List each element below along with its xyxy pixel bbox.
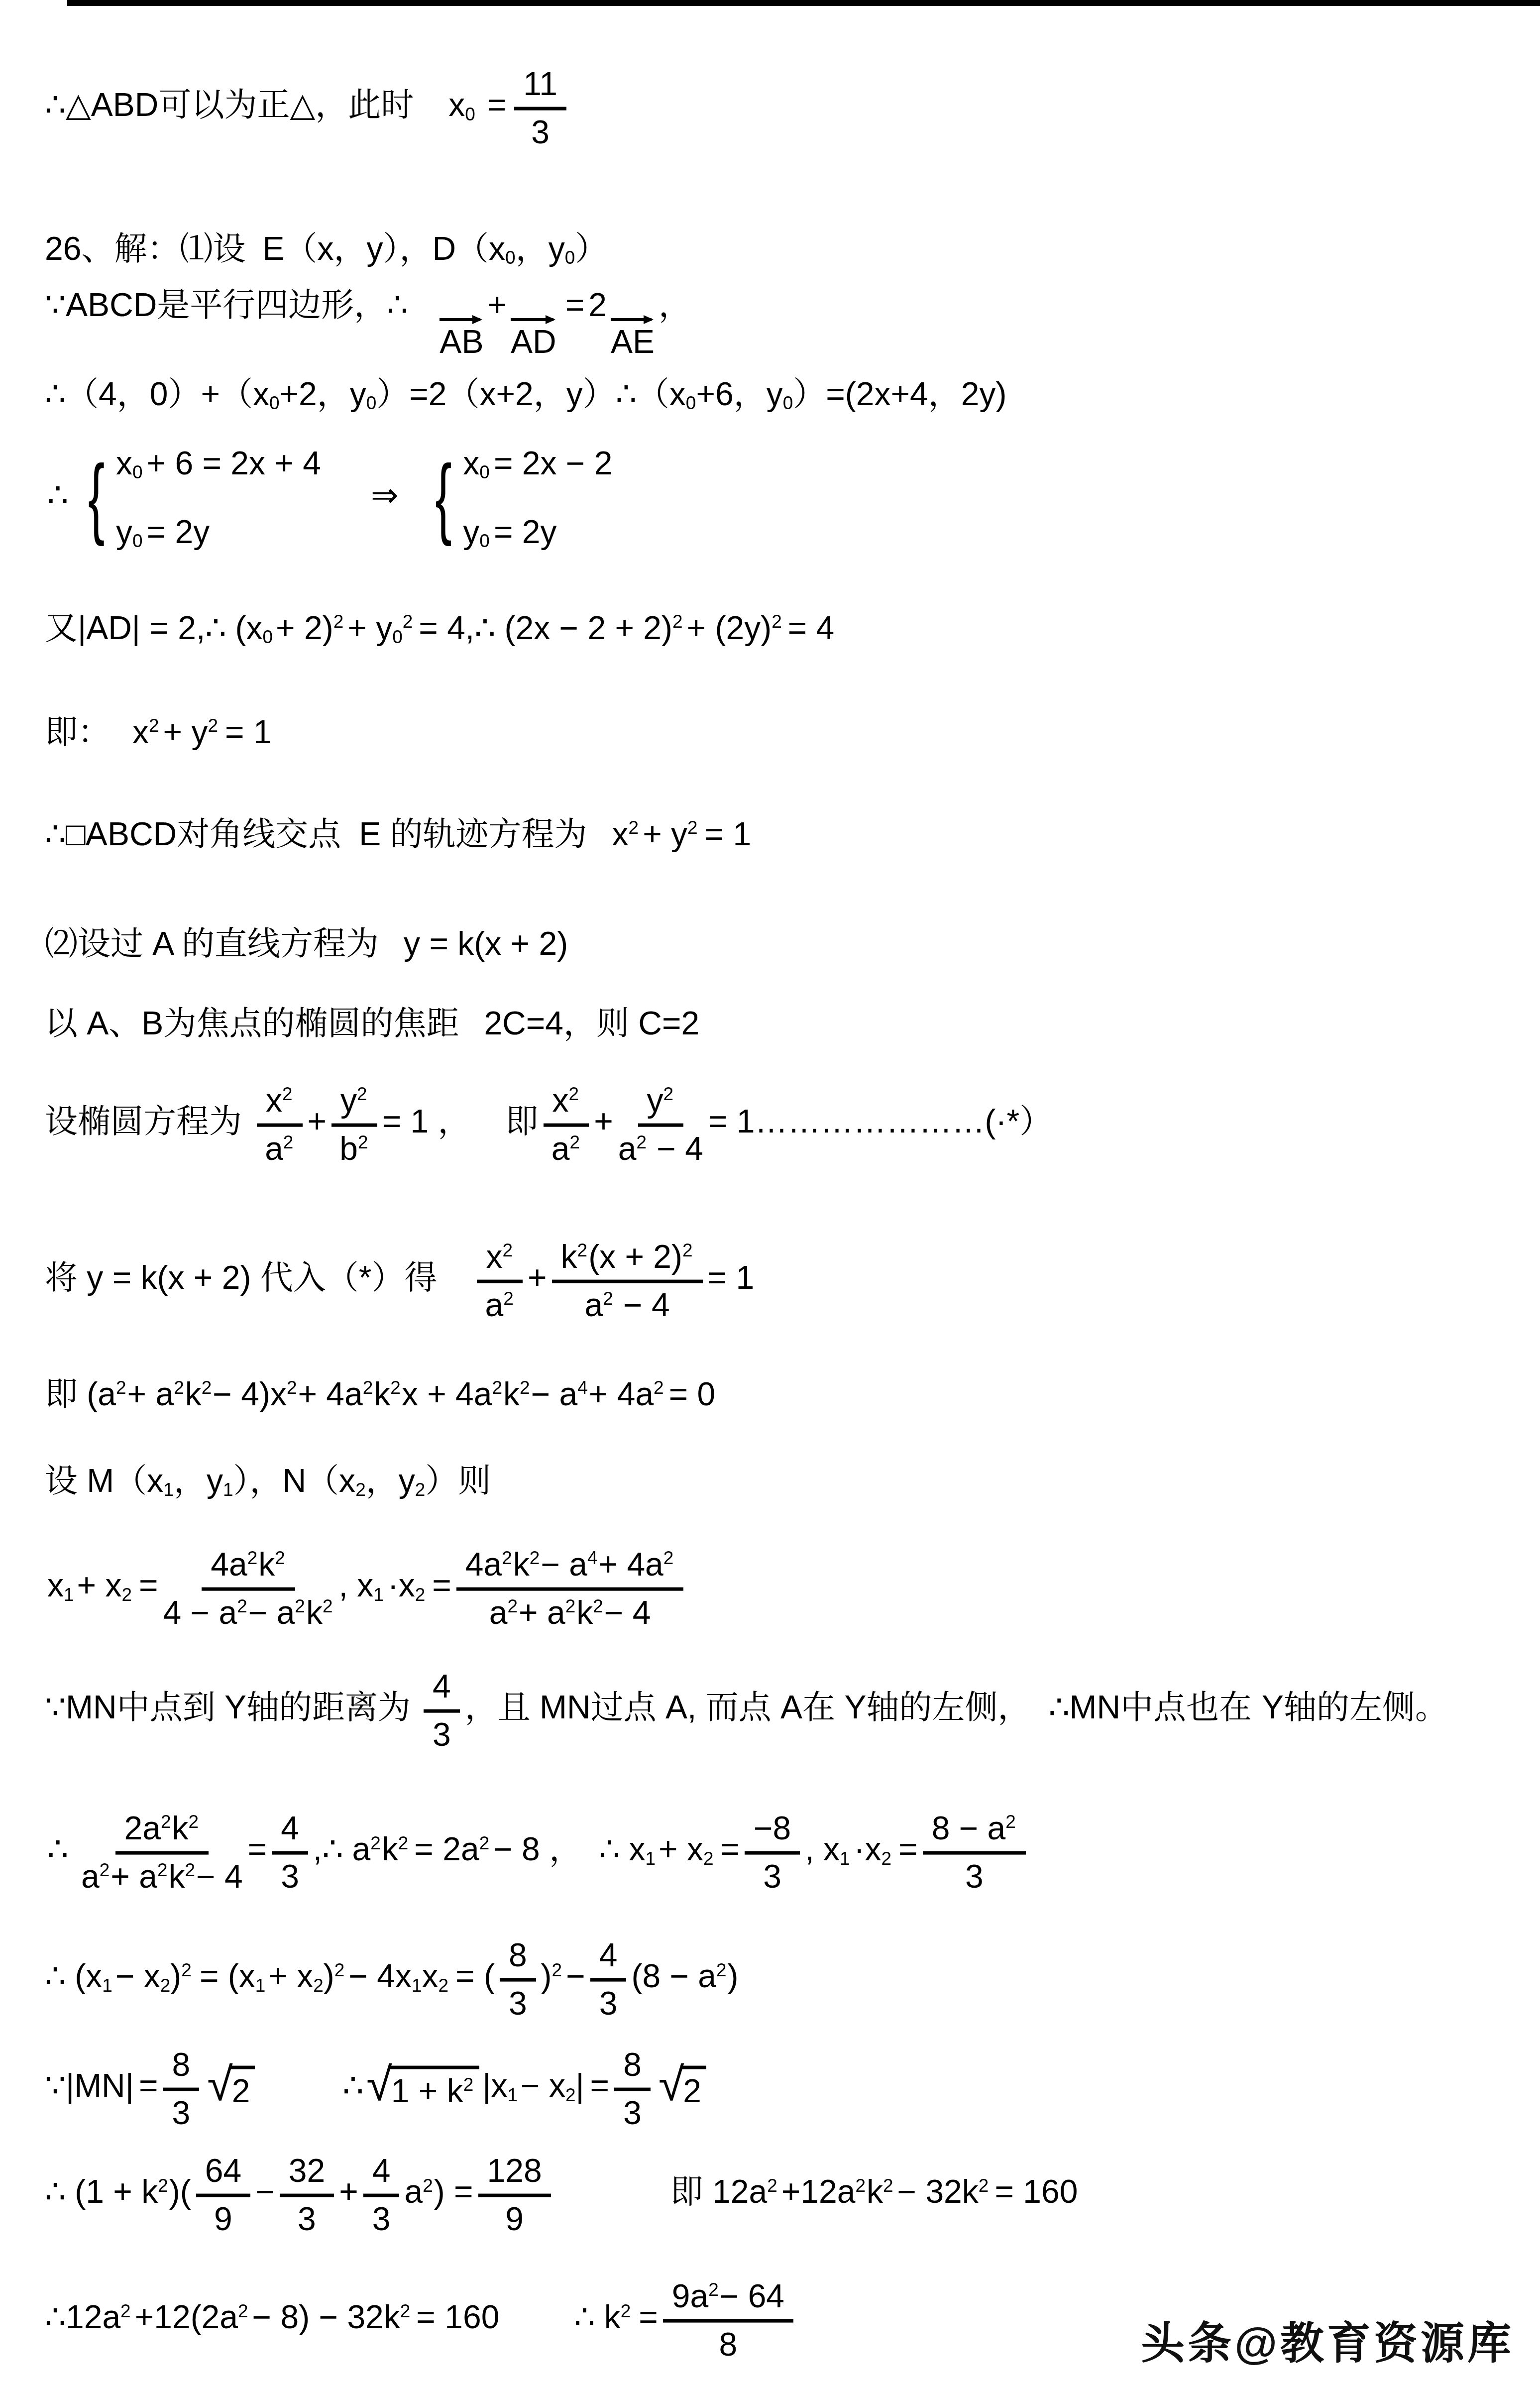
superscript: 2 — [185, 1860, 196, 1880]
line-26-setup: 26、解：⑴设E（x，y），D（x0，y0） — [45, 228, 608, 269]
superscript: 2 — [158, 2175, 169, 2196]
line-abd-equilateral: ∴△ABD可以为正△，此时x0=113 — [45, 64, 571, 151]
subscript: 0 — [565, 247, 575, 268]
math-text: x — [448, 86, 465, 123]
math-text: 即： — [45, 713, 110, 750]
math-text: 64 — [205, 2152, 241, 2189]
superscript: 2 — [629, 817, 640, 838]
vector-letters: AD — [511, 325, 556, 358]
math-text: 4 − a — [163, 1594, 237, 1631]
fraction-numerator: 2a2k2 — [115, 1809, 209, 1855]
superscript: 2 — [565, 1596, 577, 1616]
superscript: 2 — [636, 1132, 648, 1152]
superscript: 2 — [398, 1833, 410, 1853]
math-text: ∵ABCD是平行四边形，∴ — [45, 286, 408, 323]
square-root: √2 — [659, 2065, 706, 2111]
superscript: 2 — [855, 2175, 867, 2196]
superscript: 2 — [423, 2175, 434, 2196]
math-text: = — [248, 1830, 267, 1867]
math-text: + — [528, 1259, 547, 1296]
fraction: 43 — [590, 1935, 627, 2023]
fraction-numerator: x2 — [544, 1081, 589, 1127]
fraction: 1289 — [478, 2151, 551, 2238]
superscript: 2 — [663, 1084, 675, 1104]
math-text: ⇒ — [371, 476, 398, 513]
fraction-numerator: 4a2k2 — [202, 1545, 295, 1591]
math-text: = 1 — [708, 1259, 755, 1296]
math-text: a — [618, 1130, 637, 1167]
math-text: = 1 — [225, 713, 272, 750]
superscript: 2 — [502, 1548, 513, 1568]
math-text: = 2x − 2 — [494, 445, 613, 481]
fraction-numerator: 64 — [196, 2151, 250, 2197]
math-text: 9a — [672, 2277, 708, 2314]
math-text: )( — [169, 2173, 191, 2210]
math-text: = 160 — [994, 2173, 1078, 2210]
math-text: 4 — [281, 1810, 299, 1846]
line-quadratic-expanded: 即 (a2+ a2k2− 4)x2+ 4a2k2x + 4a2k2− a4+ 4… — [45, 1373, 715, 1415]
superscript: 2 — [400, 2301, 412, 2321]
subscript: 2 — [415, 1585, 426, 1605]
fraction: y2a2 − 4 — [618, 1081, 703, 1168]
math-text: = — [639, 2298, 658, 2335]
math-text: 3 — [623, 2094, 642, 2131]
math-text: + — [308, 1103, 327, 1139]
superscript: 2 — [492, 1377, 504, 1398]
vector-arrow-icon — [611, 318, 652, 321]
math-text: ·x — [854, 1830, 881, 1867]
superscript: 2 — [603, 1288, 614, 1309]
math-text: = (x — [200, 1957, 255, 1994]
math-text: − 4 — [604, 1594, 651, 1631]
math-text: ) — [170, 1957, 181, 1994]
fraction-denominator: a2 — [551, 1127, 581, 1168]
superscript: 2 — [358, 1132, 369, 1152]
fraction-numerator: 9a2− 64 — [663, 2276, 793, 2323]
line-ad-length: 又|AD| = 2,∴ (x0+ 2)2+ y02= 4,∴ (2x − 2 +… — [45, 607, 834, 649]
math-text: 2 — [232, 2072, 250, 2109]
fraction-denominator: a2 — [265, 1127, 294, 1168]
fraction-denominator: 4 − a2− a2k2 — [163, 1591, 334, 1632]
fraction-numerator: 4 — [590, 1935, 627, 1982]
superscript: 2 — [663, 1548, 675, 1568]
math-text: − 8 ， — [493, 1830, 582, 1867]
math-text: ，且 MN过点 A, 而点 A在 Y轴的左侧， — [465, 1689, 1031, 1725]
subscript: 1 — [163, 1479, 174, 1500]
fraction-numerator: x2 — [257, 1081, 303, 1127]
math-text: 3 — [531, 113, 550, 150]
math-text: + — [594, 1103, 613, 1139]
math-text: 3 — [298, 2200, 316, 2237]
fraction-numerator: y2 — [638, 1081, 684, 1127]
fraction-denominator: 3 — [372, 2197, 391, 2238]
math-text: 即 — [506, 1103, 539, 1139]
superscript: 2 — [247, 1548, 259, 1568]
superscript: 2 — [771, 611, 783, 632]
math-text: ∴△ABD可以为正△，此时 — [45, 86, 414, 123]
math-text: = — [565, 286, 585, 323]
fraction-denominator: 3 — [623, 2091, 642, 2132]
math-text: 即 (a — [45, 1375, 116, 1412]
math-text: ,∴ a — [313, 1830, 370, 1867]
math-text: (8 − a — [631, 1957, 716, 1994]
math-text: 3 — [433, 1716, 451, 1753]
math-text: k — [374, 1375, 390, 1412]
math-text: + 2) — [276, 609, 333, 646]
math-text: 以 A、B为焦点的椭圆的焦距 — [45, 1005, 459, 1041]
line-x1-x2-squared: ∴ (x1− x2)2= (x1+ x2)2− 4x1x2= (83)2−43(… — [45, 1935, 739, 2023]
fraction-denominator: 8 — [719, 2323, 738, 2364]
subscript: 1 — [64, 1585, 74, 1605]
math-text: 4a — [211, 1546, 247, 1583]
math-text: 3 — [599, 1985, 618, 2022]
math-text: 2C=4，则 C=2 — [484, 1005, 699, 1041]
math-text: 3 — [281, 1858, 299, 1895]
math-text: − a — [531, 1375, 578, 1412]
fraction: 43 — [272, 1809, 308, 1896]
superscript: 4 — [577, 1377, 589, 1398]
math-text: a — [81, 1858, 100, 1895]
line-mn-length: ∵|MN|=83√2∴√1 + k2|x1− x2|=83√2 — [45, 2045, 709, 2132]
math-text: ∴（4，0）+（x — [45, 375, 269, 412]
subscript: 2 — [881, 1848, 892, 1869]
math-text: k — [561, 1238, 577, 1275]
superscript: 2 — [520, 1377, 531, 1398]
math-text: − 4 — [196, 1858, 243, 1895]
subscript: 1 — [840, 1848, 850, 1869]
fraction: 649 — [196, 2151, 250, 2238]
math-text: + x — [77, 1567, 122, 1603]
superscript: 2 — [390, 1377, 402, 1398]
superscript: 2 — [479, 1833, 491, 1853]
fraction: 4a2k24 − a2− a2k2 — [163, 1545, 334, 1632]
math-text: = 2y — [494, 514, 557, 551]
subscript: 0 — [479, 531, 490, 552]
radicand: 2 — [231, 2065, 255, 2111]
math-text: ·x — [388, 1567, 415, 1603]
math-text: a — [489, 1594, 508, 1631]
superscript: 2 — [181, 1960, 193, 1980]
fraction-denominator: 3 — [509, 1982, 527, 2023]
math-text: y = k(x + 2) — [404, 925, 568, 962]
math-text: = — [432, 1567, 451, 1603]
math-text: x — [422, 1957, 438, 1994]
fraction-numerator: y2 — [331, 1081, 377, 1127]
math-text: a — [265, 1130, 283, 1167]
math-text: a — [551, 1130, 570, 1167]
math-text: ），N（x — [233, 1462, 355, 1499]
equation-system: x0= 2x − 2y0= 2y — [438, 443, 612, 553]
superscript: 2 — [654, 1377, 665, 1398]
vector-letters: AE — [611, 325, 655, 358]
math-text: = — [487, 86, 507, 123]
fraction: −83 — [745, 1809, 800, 1896]
math-text: − 4)x — [213, 1375, 287, 1412]
math-text: ∴ — [47, 1830, 68, 1867]
math-text: +12(2a — [135, 2298, 238, 2335]
line-ellipse-focal: 以 A、B为焦点的椭圆的焦距2C=4，则 C=2 — [45, 1003, 699, 1044]
math-text: = — [721, 1830, 740, 1867]
math-text: − 8) − 32k — [252, 2298, 400, 2335]
superscript: 2 — [1005, 1812, 1017, 1832]
math-text: y — [463, 514, 479, 551]
math-text: 11 — [523, 65, 557, 102]
math-text: − — [566, 1957, 585, 1994]
superscript: 2 — [979, 2175, 990, 2196]
fraction-denominator: a2+ a2k2− 4 — [81, 1855, 243, 1896]
math-text: | — [575, 2067, 584, 2104]
superscript: 2 — [237, 1596, 248, 1616]
fraction: x2a2 — [257, 1081, 303, 1168]
subscript: 1 — [102, 1975, 112, 1996]
superscript: 2 — [363, 1377, 374, 1398]
math-text: + 4a — [599, 1546, 663, 1583]
math-text: = 1 — [705, 815, 752, 852]
math-text: ∴ (1 + k — [45, 2173, 158, 2210]
fraction-denominator: 3 — [599, 1982, 618, 2023]
subscript: 2 — [565, 2085, 576, 2105]
math-text: 3 — [372, 2200, 391, 2237]
math-text: + 4a — [298, 1375, 362, 1412]
math-text: − a — [541, 1546, 587, 1583]
subscript: 0 — [132, 531, 143, 552]
math-text: = — [139, 1567, 158, 1603]
fraction-numerator: 8 — [500, 1935, 536, 1982]
math-text: 4 — [372, 2152, 391, 2189]
math-text: − x — [115, 1957, 160, 1994]
superscript: 2 — [357, 1084, 368, 1104]
fraction: 83 — [500, 1935, 536, 2023]
subscript: 2 — [415, 1479, 426, 1500]
math-text: k — [172, 1810, 189, 1846]
superscript: 2 — [149, 715, 160, 736]
fraction-numerator: 32 — [280, 2151, 334, 2197]
superscript: 2 — [621, 2301, 632, 2321]
math-text: 设椭圆方程为 — [45, 1103, 242, 1139]
superscript: 2 — [120, 2301, 132, 2321]
fraction-numerator: k2(x + 2)2 — [552, 1237, 703, 1283]
math-text: k — [382, 1830, 398, 1867]
fraction: 4a2k2− a4+ 4a2a2+ a2k2− 4 — [456, 1545, 684, 1632]
math-text: E（x，y），D（x — [262, 230, 505, 267]
line-set-mn-points: 设 M（x1，y1），N（x2，y2）则 — [45, 1460, 491, 1501]
superscript: 2 — [530, 1548, 541, 1568]
math-text: 8 — [172, 2046, 190, 2083]
superscript: 2 — [508, 1596, 519, 1616]
superscript: 4 — [587, 1548, 599, 1568]
superscript: 2 — [687, 817, 699, 838]
fraction-denominator: a2+ a2k2− 4 — [489, 1591, 651, 1632]
math-text: x — [116, 445, 132, 481]
math-text: + y — [643, 815, 687, 852]
math-text: ∴ k — [574, 2298, 620, 2335]
math-text: ∴MN中点也在 — [1048, 1689, 1252, 1725]
superscript: 2 — [883, 2175, 894, 2196]
math-text: |x — [482, 2067, 507, 2104]
math-text: − 4x — [348, 1957, 412, 1994]
math-text: ) = — [434, 2173, 473, 2210]
math-text: ∴ — [342, 2067, 363, 2104]
superscript: 2 — [577, 1240, 589, 1260]
vector-arrow-icon — [511, 318, 553, 321]
line-solve-a2k2: ∴2a2k2a2+ a2k2− 4=43,∴ a2k2= 2a2− 8 ，∴ x… — [47, 1809, 1031, 1896]
fraction-numerator: 4 — [272, 1809, 308, 1855]
math-text: 又|AD| = 2,∴ (x — [45, 609, 263, 646]
math-text: + a — [127, 1375, 174, 1412]
vector-ab: AB — [440, 318, 483, 358]
watermark: 头条@教育资源库 — [1141, 2308, 1514, 2371]
fraction: x2a2 — [544, 1081, 589, 1168]
math-text: − 32k — [897, 2173, 979, 2210]
line-equation-system: ∴x0+ 6 = 2x + 4y0= 2y⇒x0= 2x − 2y0= 2y — [47, 443, 617, 553]
superscript: 2 — [463, 2074, 475, 2094]
line-midpoint-distance: ∵MN中点到 Y轴的距离为43，且 MN过点 A, 而点 A在 Y轴的左侧，∴M… — [45, 1667, 1448, 1754]
fraction-denominator: 3 — [531, 111, 550, 151]
math-text: = — [139, 2067, 158, 2104]
math-text: + — [339, 2173, 358, 2210]
system-equation-2: y0= 2y — [463, 512, 612, 553]
radical-icon: √ — [659, 2065, 684, 2102]
math-text: − 4 — [614, 1286, 670, 1323]
subscript: 0 — [263, 627, 273, 647]
subscript: 0 — [366, 393, 377, 413]
superscript: 2 — [238, 2301, 249, 2321]
superscript: 2 — [208, 715, 219, 736]
superscript: 2 — [323, 1596, 334, 1616]
subscript: 1 — [412, 1975, 422, 1996]
fraction: 8 − a23 — [923, 1809, 1026, 1896]
fraction-denominator: b2 — [339, 1127, 369, 1168]
math-text: ， — [659, 286, 691, 323]
fraction: x2a2 — [477, 1237, 523, 1324]
vector-ae: AE — [611, 318, 655, 358]
superscript: 2 — [716, 1960, 728, 1980]
math-text: +6，y — [696, 375, 782, 412]
square-root: √1 + k2 — [366, 2065, 479, 2111]
math-text: k — [306, 1594, 323, 1631]
math-text: ∵MN中点到 Y轴的距离为 — [45, 1689, 411, 1725]
math-text: = ( — [455, 1957, 495, 1994]
superscript: 2 — [503, 1288, 515, 1309]
math-text: ∴□ABCD对角线交点 — [45, 815, 341, 852]
math-text: ∵|MN| — [45, 2067, 134, 2104]
subscript: 2 — [121, 1585, 132, 1605]
math-text: x — [463, 445, 479, 481]
subscript: 0 — [269, 393, 280, 413]
line-locus-equation: ∴□ABCD对角线交点E 的轨迹方程为x2+ y2= 1 — [45, 813, 751, 855]
superscript: 2 — [334, 1960, 346, 1980]
math-text: − 4 — [648, 1130, 703, 1167]
fraction: 83 — [163, 2045, 199, 2132]
math-text: a — [404, 2173, 423, 2210]
math-text: = 1…………………(·*） — [708, 1103, 1052, 1139]
fraction-denominator: a2 — [485, 1283, 515, 1324]
fraction-numerator: x2 — [477, 1237, 523, 1283]
math-text: 128 — [487, 2152, 542, 2189]
math-text: +2，y — [280, 375, 366, 412]
math-text: 8 — [623, 2046, 642, 2083]
fraction-numerator: 4 — [424, 1667, 460, 1713]
math-text: x — [552, 1082, 569, 1119]
fraction: k2(x + 2)2a2 − 4 — [552, 1237, 703, 1324]
math-text: = 2a — [414, 1830, 479, 1867]
line-substitute: 将 y = k(x + 2) 代入（*）得x2a2+k2(x + 2)2a2 −… — [45, 1237, 754, 1324]
math-text: − x — [521, 2067, 565, 2104]
fraction: y2b2 — [331, 1081, 377, 1168]
math-text: (x + 2) — [588, 1238, 682, 1275]
subscript: 0 — [783, 393, 793, 413]
math-text: ）=2（x+2，y）∴（x — [376, 375, 686, 412]
subscript: 1 — [373, 1585, 384, 1605]
math-text: + (2y) — [687, 609, 772, 646]
math-text: k — [258, 1546, 275, 1583]
subscript: 0 — [686, 393, 696, 413]
subscript: 2 — [355, 1479, 366, 1500]
system-equation-2: y0= 2y — [116, 512, 321, 553]
math-text: 32 — [289, 2152, 325, 2189]
fraction-denominator: 3 — [298, 2197, 316, 2238]
math-text: 26、解：⑴设 — [45, 230, 245, 267]
superscript: 2 — [593, 1596, 604, 1616]
math-text: 3 — [172, 2094, 190, 2131]
fraction: 113 — [514, 64, 566, 151]
fraction-denominator: 3 — [281, 1855, 299, 1896]
math-text: Y轴的左侧。 — [1262, 1689, 1448, 1725]
fraction-denominator: 3 — [172, 2091, 190, 2132]
fraction-numerator: 11 — [514, 64, 566, 111]
math-text: 4 — [433, 1668, 451, 1704]
fraction: 2a2k2a2+ a2k2− 4 — [81, 1809, 243, 1896]
superscript: 2 — [403, 611, 414, 632]
math-text: x + 4a — [402, 1375, 492, 1412]
fraction-denominator: 9 — [505, 2197, 524, 2238]
system-equation-1: x0= 2x − 2 — [463, 443, 612, 484]
math-text: 设 M（x — [45, 1462, 163, 1499]
math-text: , x — [338, 1567, 373, 1603]
math-text: ）则 — [425, 1462, 491, 1499]
math-text: ) — [728, 1957, 739, 1994]
superscript: 2 — [370, 1833, 382, 1853]
fraction-denominator: 3 — [433, 1713, 451, 1754]
equation-system: x0+ 6 = 2x + 4y0= 2y — [91, 443, 321, 553]
fraction: 323 — [280, 2151, 334, 2238]
line-parallelogram-vectors: ∵ABCD是平行四边形，∴AB+AD=2AE， — [45, 284, 691, 358]
math-text: k — [576, 1594, 593, 1631]
math-text: ) — [324, 1957, 334, 1994]
line-circle-equation: 即：x2+ y2= 1 — [45, 711, 272, 753]
superscript: 2 — [161, 1812, 172, 1832]
math-text: 1 + k — [391, 2072, 463, 2109]
superscript: 2 — [275, 1548, 286, 1568]
vector-letters: AB — [440, 325, 483, 358]
math-text: k — [513, 1546, 530, 1583]
math-text: − a — [248, 1594, 295, 1631]
subscript: 1 — [507, 2085, 518, 2105]
math-text: k — [185, 1375, 202, 1412]
math-text: + — [487, 286, 507, 323]
subscript: 0 — [392, 627, 403, 647]
math-text: a — [584, 1286, 603, 1323]
math-text: + 4a — [589, 1375, 654, 1412]
fraction-numerator: 4a2k2− a4+ 4a2 — [456, 1545, 684, 1591]
math-text: ∴ x — [599, 1830, 645, 1867]
subscript: 1 — [645, 1848, 656, 1869]
math-text: 8 − a — [932, 1810, 1006, 1846]
radical-icon: √ — [207, 2065, 232, 2102]
math-text: y — [340, 1082, 357, 1119]
math-text: = — [590, 2067, 610, 2104]
math-text: + a — [110, 1858, 157, 1895]
